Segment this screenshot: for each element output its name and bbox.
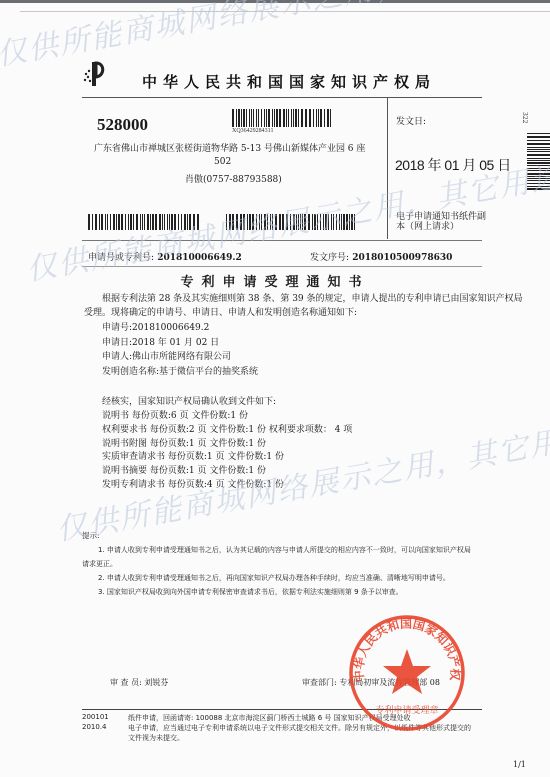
- document-number-row: 发文序号: 2018010500978630: [310, 250, 452, 263]
- recipient-name: 肖傲(0757-88793588): [185, 172, 282, 185]
- official-seal-icon: 中华人民共和国国家知识产权局 专利申请受理章: [347, 613, 467, 733]
- copy-note: 电子申请通知书纸件副本（网上请求）: [396, 212, 486, 232]
- notice-field-value: 基于微信平台的抽奖系统: [159, 367, 258, 377]
- notice-field-value: 2018 年 01 月 02 日: [132, 338, 219, 348]
- received-document: 实质审查请求书 每份页数:1 页 文件份数:1 份: [102, 449, 284, 462]
- agency-name: 中华人民共和国国家知识产权局: [142, 71, 436, 92]
- column-divider: [387, 97, 388, 239]
- notice-title: 专利申请受理通知书: [0, 271, 550, 290]
- hint-item: 请求更正。: [82, 559, 117, 569]
- notice-field: 发明创造名称:基于微信平台的抽奖系统: [102, 364, 258, 377]
- side-number: 322: [521, 112, 528, 123]
- notice-field: 申请号:201810006649.2: [102, 320, 209, 333]
- side-barcode: [527, 133, 550, 192]
- section-rule: [82, 240, 482, 241]
- svg-text:专利申请受理章: 专利申请受理章: [375, 704, 438, 716]
- form-code: 200101: [82, 713, 109, 721]
- scan-top-edge: [0, 0, 550, 3]
- application-number: 201810006649.2: [157, 253, 242, 263]
- barcode: [226, 214, 359, 230]
- received-document: 权利要求书 每份页数:2 页 文件份数:1 份 权利要求项数： 4 项: [102, 422, 352, 435]
- application-number-row: 申请号或专利号: 201810006649.2: [88, 250, 242, 263]
- notice-field-label: 申请号:: [102, 323, 132, 333]
- page-edge: [20, 11, 550, 12]
- section-rule: [82, 266, 482, 267]
- notice-field-value: 201810006649.2: [132, 323, 209, 333]
- footer-line-3: 文件视为未提交。: [128, 733, 184, 743]
- barcode: [88, 214, 202, 230]
- received-document: 发明专利请求书 每份页数:4 页 文件份数:1 份: [102, 477, 284, 490]
- hint-item: 2. 申请人收到专利申请受理通知书之后，再向国家知识产权局办理各种手续时，均应当…: [98, 573, 450, 583]
- page-number: 1/1: [513, 760, 526, 769]
- address-line-2: 502: [214, 157, 231, 167]
- notice-field-label: 发明创造名称:: [102, 367, 159, 377]
- hint-item: 1. 申请人收到专利申请受理通知书之后，认为其记载的内容与申请人所提交的相应内容…: [98, 545, 471, 555]
- issue-date-label: 发文日:: [396, 114, 426, 127]
- header-rule: [82, 97, 482, 98]
- cnipa-logo-icon: [83, 60, 105, 88]
- hint-item: 3. 国家知识产权局收到向外国申请专利保密审查请求书后，依据专利法实施细则第 9…: [98, 587, 403, 597]
- notice-field: 申请日:2018 年 01 月 02 日: [102, 335, 219, 348]
- issue-date: 2018 年 01 月 05 日: [395, 155, 511, 175]
- verified-line: 经核实，国家知识产权局确认收到文件如下:: [102, 394, 276, 407]
- hints-title: 提示:: [82, 530, 100, 541]
- examiner: 审 查 员: 刘锐芬: [110, 677, 168, 688]
- document-number-label: 发文序号:: [310, 253, 349, 263]
- document-number: 2018010500978630: [352, 253, 452, 263]
- form-version: 2010.4: [82, 723, 107, 731]
- received-document: 说明书摘要 每份页数:1 页 文件份数:1 份: [102, 463, 266, 476]
- received-document: 说明书 每份页数:6 页 文件份数:1 份: [102, 408, 248, 421]
- barcode-text: XQ36429284311: [232, 128, 273, 134]
- address-line-1: 广东省佛山市禅城区张槎街道物华路 5-13 号佛山新媒体产业园 6 座: [94, 141, 365, 154]
- notice-field: 申请人:佛山市所能网络有限公司: [102, 349, 231, 362]
- notice-field-value: 佛山市所能网络有限公司: [132, 352, 231, 362]
- notice-field-label: 申请日:: [102, 338, 132, 348]
- intro-line-1: 根据专利法第 28 条及其实施细则第 38 条、第 39 条的规定，申请人提出的…: [102, 292, 523, 306]
- intro-line-2: 受理。现将确定的申请号、申请日、申请人和发明创造名称通知如下:: [84, 306, 357, 320]
- notice-field-label: 申请人:: [102, 352, 132, 362]
- received-document: 说明书附图 每份页数:1 页 文件份数:1 份: [102, 436, 266, 449]
- application-number-label: 申请号或专利号:: [88, 253, 154, 263]
- barcode: [232, 109, 336, 127]
- postcode: 528000: [97, 115, 148, 135]
